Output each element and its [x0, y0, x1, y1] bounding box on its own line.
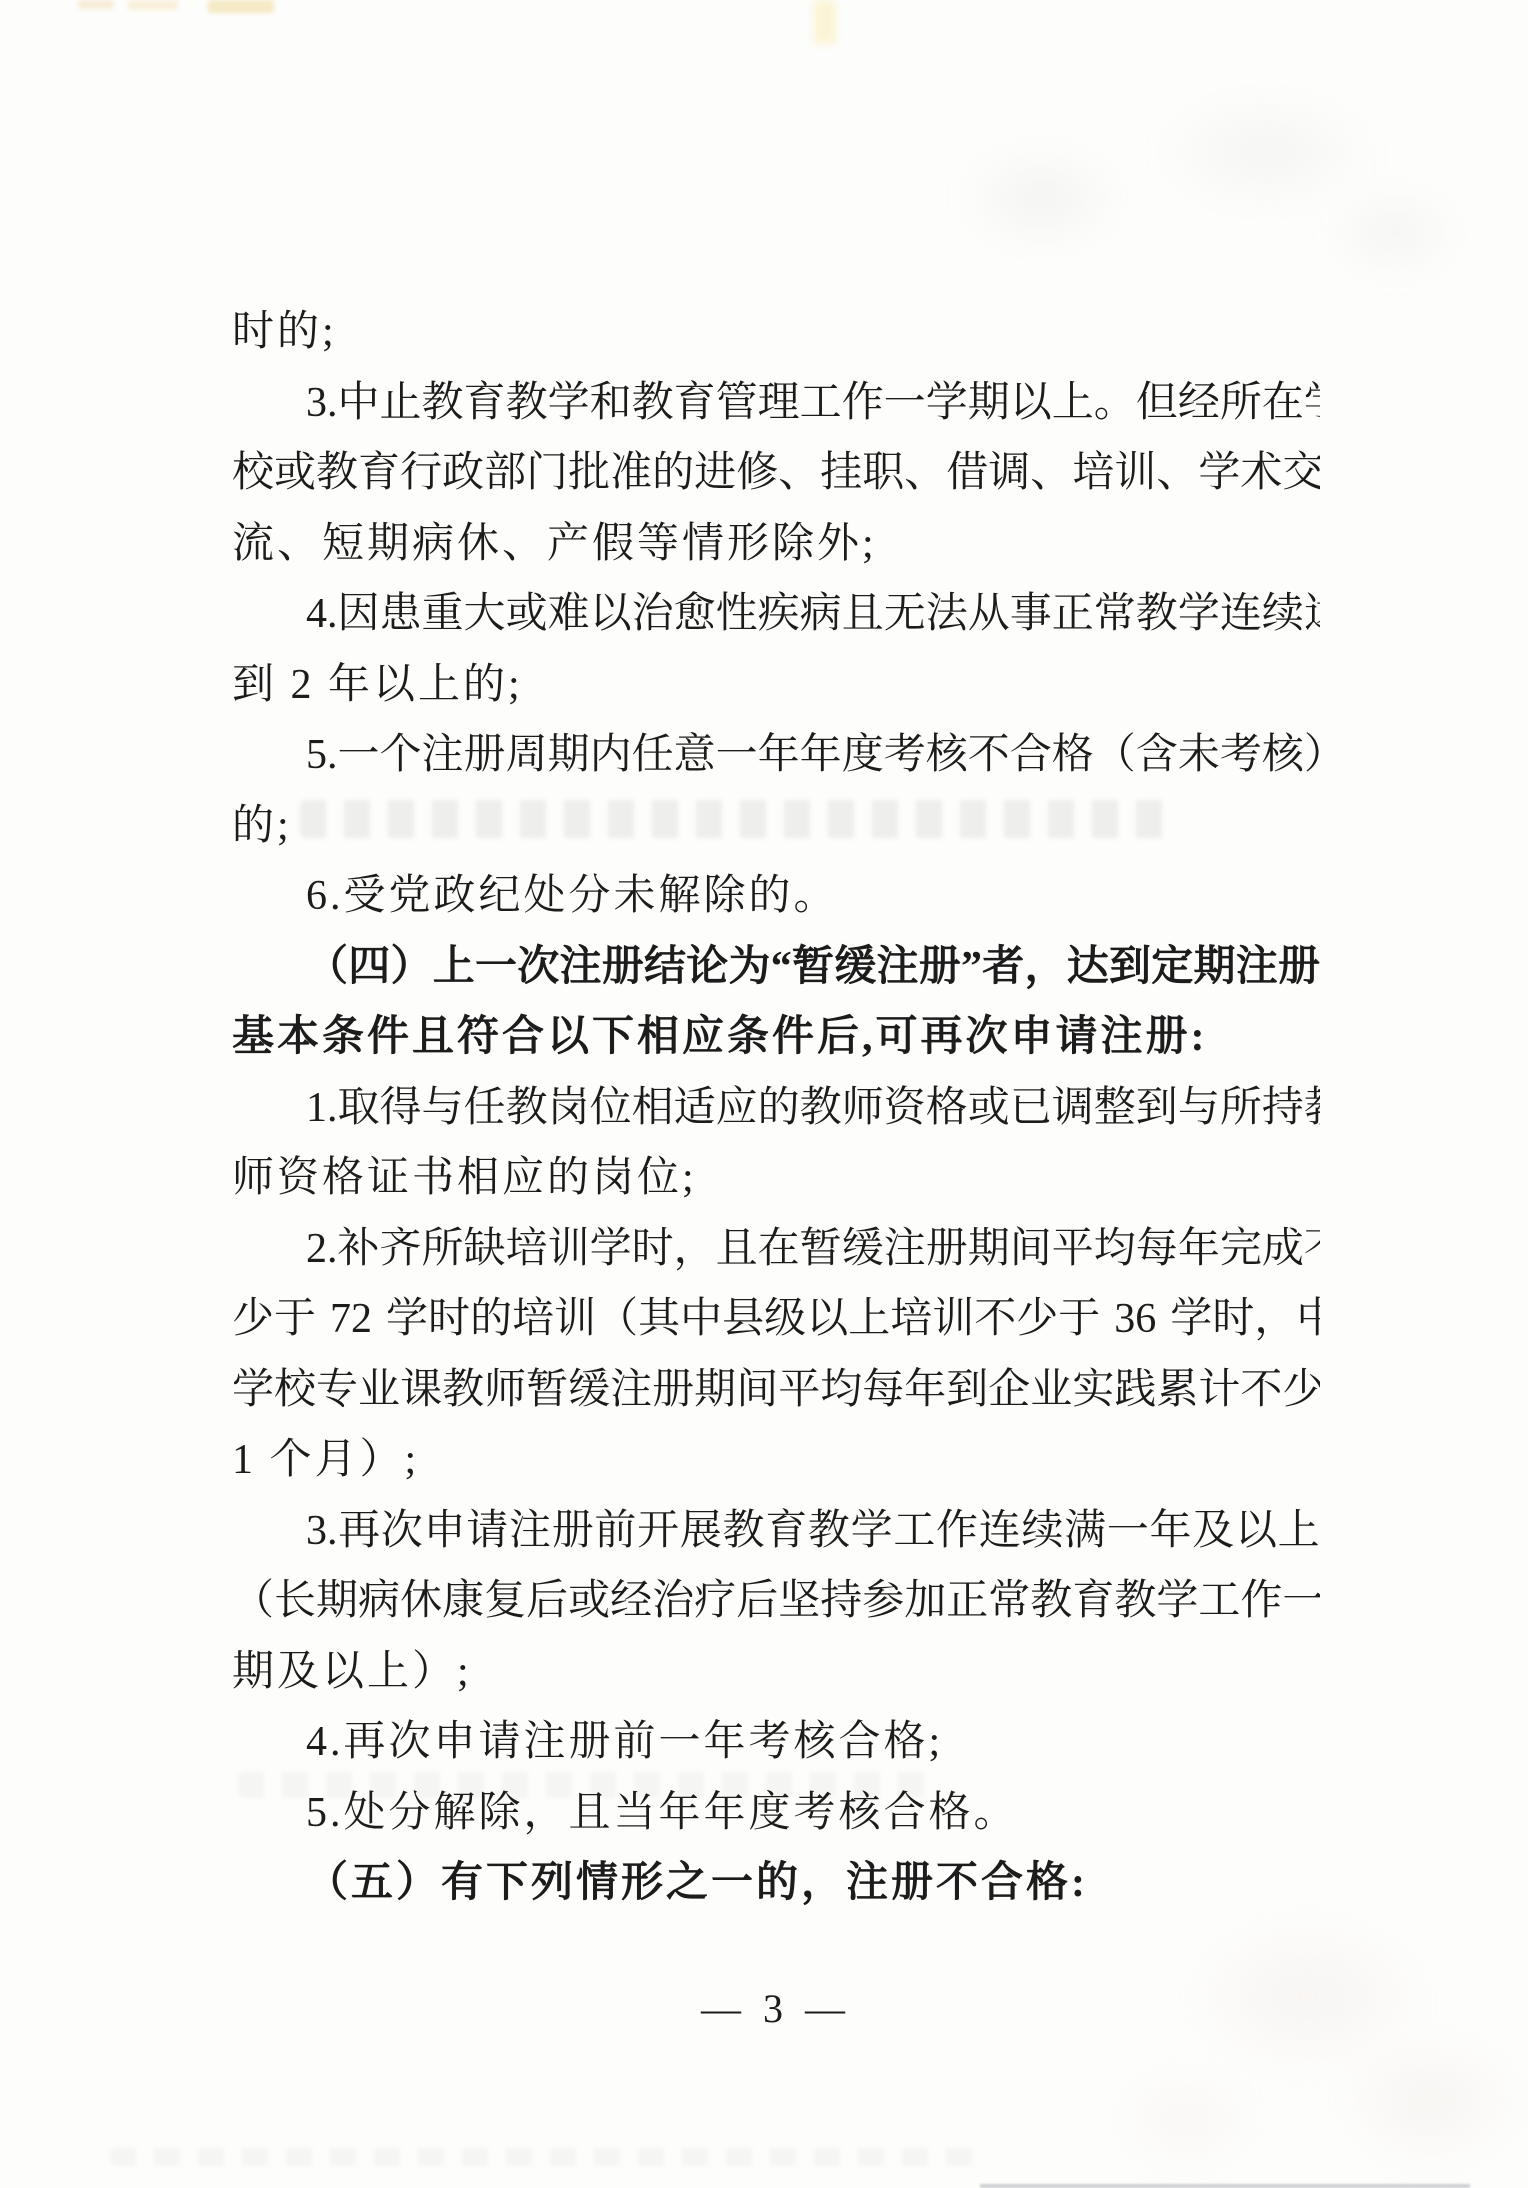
text-token: 者 — [982, 932, 1024, 1003]
text-token: 交 — [1282, 438, 1320, 509]
text-token: 治 — [652, 1566, 694, 1637]
text-token: 工 — [893, 1496, 935, 1567]
text-token: 于 — [274, 1284, 316, 1355]
text-token: 年 — [904, 1355, 946, 1426]
text-token: 且 — [716, 1214, 758, 1285]
text-token: 训 — [548, 1214, 590, 1285]
text-token: 或 — [968, 1073, 1010, 1144]
text-token: 时 — [428, 1284, 470, 1355]
document-body: 时的;3.中止教育教学和教育管理工作一学期以上。但经所在学校或教育行政部门批准的… — [232, 297, 1320, 1919]
text-token: 定 — [1151, 932, 1193, 1003]
text-line: 5.处分解除，且当年年度考核合格。 — [232, 1778, 1320, 1849]
text-token: 行 — [400, 438, 442, 509]
text-token: 和 — [590, 368, 632, 439]
text-token: 工 — [1198, 1566, 1240, 1637]
text-token: 上 — [433, 932, 475, 1003]
text-token: 的 — [758, 1073, 800, 1144]
text-token: 且 — [842, 579, 884, 650]
text-token: 进 — [694, 438, 736, 509]
text-token: 教 — [723, 1496, 765, 1567]
text-token: 以 — [590, 579, 632, 650]
text-token: 72 — [330, 1284, 372, 1355]
text-token: 年 — [1178, 1214, 1220, 1285]
text-token: 工 — [800, 368, 842, 439]
text-token: 适 — [674, 1073, 716, 1144]
text-token: 训 — [932, 1284, 974, 1355]
text-token: 休 — [400, 1566, 442, 1637]
text-token: 应 — [716, 1073, 758, 1144]
text-token: 结 — [644, 932, 686, 1003]
text-token: 不 — [1240, 1355, 1282, 1426]
text-token: 缺 — [464, 1214, 506, 1285]
text-token: 前 — [594, 1496, 636, 1567]
text-token: 县 — [722, 1284, 764, 1355]
text-token: 取 — [338, 1073, 380, 1144]
text-token: 相 — [632, 1073, 674, 1144]
text-token: 位 — [590, 1073, 632, 1144]
text-token: 合 — [1010, 720, 1052, 791]
text-token: 学 — [1198, 438, 1240, 509]
text-token: 培 — [512, 1284, 554, 1355]
text-token: 性 — [716, 579, 758, 650]
text-token: 到 — [1136, 1073, 1178, 1144]
text-token: 续 — [1021, 1496, 1063, 1567]
text-token: 少 — [1282, 1355, 1320, 1426]
text-token: 修 — [736, 438, 778, 509]
text-token: 经 — [610, 1566, 652, 1637]
text-token: ” — [961, 932, 982, 1003]
text-token: 企 — [988, 1355, 1030, 1426]
text-token: 达 — [1304, 579, 1320, 650]
text-token: 2. — [306, 1214, 338, 1285]
text-token: 满 — [1064, 1496, 1106, 1567]
scan-edge — [980, 2184, 1470, 2188]
text-token: 个 — [380, 720, 422, 791]
text-token: 1. — [306, 1073, 338, 1144]
text-line: （四）上一次注册结论为“暂缓注册”者，达到定期注册 — [232, 932, 1320, 1003]
text-token: 借 — [946, 438, 988, 509]
text-token: 或 — [568, 1566, 610, 1637]
text-token: 年 — [1150, 1496, 1192, 1567]
text-token: 教 — [1030, 1566, 1072, 1637]
text-token: 于 — [1058, 1284, 1100, 1355]
text-token: 疗 — [694, 1566, 736, 1637]
text-token: 到 — [1109, 932, 1151, 1003]
text-token: 请 — [466, 1496, 508, 1567]
text-token: 培 — [506, 1214, 548, 1285]
text-token: 从 — [968, 579, 1010, 650]
text-token: 为 — [729, 932, 771, 1003]
text-token: 期 — [548, 720, 590, 791]
text-token: 岗 — [548, 1073, 590, 1144]
text-token: 法 — [926, 579, 968, 650]
text-token: 后 — [526, 1566, 568, 1637]
bleed-through-text — [110, 2148, 980, 2166]
text-token: 校 — [232, 438, 274, 509]
text-token: 常 — [1094, 579, 1136, 650]
text-token: 部 — [484, 438, 526, 509]
text-token: 格 — [1052, 720, 1094, 791]
text-token: 中 — [1296, 1284, 1320, 1355]
text-token: 期 — [968, 1214, 1010, 1285]
text-token: 次 — [381, 1496, 423, 1567]
text-token: 培 — [1072, 438, 1114, 509]
text-token: 注 — [610, 1355, 652, 1426]
text-line: 流、短期病休、产假等情形除外; — [232, 509, 1320, 580]
text-token: 暂 — [526, 1355, 568, 1426]
text-token: 育 — [1072, 1566, 1114, 1637]
text-line: 3.再次申请注册前开展教育教学工作连续满一年及以上 — [232, 1496, 1320, 1567]
text-token: 36 — [1114, 1284, 1156, 1355]
text-token: 病 — [800, 579, 842, 650]
text-token: 连 — [1220, 579, 1262, 650]
text-token: 止 — [380, 368, 422, 439]
text-token: 考 — [1220, 720, 1262, 791]
text-token: 所 — [1220, 368, 1262, 439]
text-token: 核 — [1262, 720, 1304, 791]
text-token: 再 — [338, 1496, 380, 1567]
text-token: 治 — [632, 579, 674, 650]
text-token: 学 — [851, 1496, 893, 1567]
text-token: 教 — [808, 1496, 850, 1567]
text-token: 教 — [442, 1355, 484, 1426]
text-token: 周 — [506, 720, 548, 791]
text-token: 教 — [506, 1073, 548, 1144]
text-token: 教 — [1304, 1073, 1320, 1144]
text-token: 训 — [1114, 438, 1156, 509]
text-token: 、 — [1156, 438, 1198, 509]
text-token: 挂 — [820, 438, 862, 509]
text-token: 平 — [778, 1355, 820, 1426]
text-token: 经 — [1178, 368, 1220, 439]
text-line: （五）有下列情形之一的，注册不合格: — [232, 1848, 1320, 1919]
text-token: 中 — [338, 368, 380, 439]
text-token: ， — [1254, 1284, 1296, 1355]
text-token: 间 — [1010, 1214, 1052, 1285]
text-token: “ — [771, 932, 792, 1003]
scan-smudge — [208, 0, 274, 13]
text-token: 不 — [1304, 1214, 1320, 1285]
text-token: 一 — [884, 368, 926, 439]
text-token: 所 — [1220, 1073, 1262, 1144]
text-token: 缓 — [834, 932, 876, 1003]
text-token: 所 — [422, 1214, 464, 1285]
text-token: 册 — [602, 932, 644, 1003]
text-line: 校或教育行政部门批准的进修、挂职、借调、培训、学术交 — [232, 438, 1320, 509]
text-token: 期 — [316, 1566, 358, 1637]
text-token: 上 — [848, 1284, 890, 1355]
text-token: 职 — [862, 438, 904, 509]
text-token: 少 — [1016, 1284, 1058, 1355]
text-token: 一 — [1282, 1566, 1320, 1637]
text-line: 少于 72 学时的培训（其中县级以上培训不少于 36 学时，中职 — [232, 1284, 1320, 1355]
text-token: 完 — [1220, 1214, 1262, 1285]
text-token: 训 — [554, 1284, 596, 1355]
text-token: 以 — [1235, 1496, 1277, 1567]
text-token: 暂 — [800, 1214, 842, 1285]
text-token: 管 — [716, 368, 758, 439]
text-token: 含 — [1136, 720, 1178, 791]
text-token: 长 — [274, 1566, 316, 1637]
document-page: 时的;3.中止教育教学和教育管理工作一学期以上。但经所在学校或教育行政部门批准的… — [0, 0, 1528, 2188]
text-token: 政 — [442, 438, 484, 509]
text-token: 与 — [422, 1073, 464, 1144]
text-token: 专 — [316, 1355, 358, 1426]
text-token: 任 — [632, 720, 674, 791]
text-token: 注 — [876, 932, 918, 1003]
text-token: 或 — [274, 438, 316, 509]
text-token: 教 — [800, 1073, 842, 1144]
text-token: 上 — [1052, 368, 1094, 439]
text-token: 得 — [380, 1073, 422, 1144]
text-token: 注 — [422, 720, 464, 791]
text-token: 及 — [1192, 1496, 1234, 1567]
text-token: 学 — [590, 1214, 632, 1285]
text-token: 大 — [464, 579, 506, 650]
text-token: 级 — [764, 1284, 806, 1355]
text-token: 事 — [1010, 579, 1052, 650]
text-token: 计 — [1198, 1355, 1240, 1426]
text-line: （长期病休康复后或经治疗后坚持参加正常教育教学工作一学 — [232, 1566, 1320, 1637]
text-token: 作 — [842, 368, 884, 439]
text-token: 课 — [400, 1355, 442, 1426]
text-line: 4.再次申请注册前一年考核合格; — [232, 1707, 1320, 1778]
text-token: 后 — [736, 1566, 778, 1637]
text-token: 缓 — [842, 1214, 884, 1285]
text-token: 。 — [1094, 368, 1136, 439]
text-token: 内 — [590, 720, 632, 791]
text-token: 达 — [1067, 932, 1109, 1003]
text-token: 注 — [509, 1496, 551, 1567]
text-token: 册 — [926, 1214, 968, 1285]
text-token: 暂 — [792, 932, 834, 1003]
text-token: 在 — [758, 1214, 800, 1285]
text-line: 到 2 年以上的; — [232, 650, 1320, 721]
text-token: 育 — [464, 368, 506, 439]
text-token: 践 — [1114, 1355, 1156, 1426]
text-token: 、 — [904, 438, 946, 509]
text-token: 育 — [358, 438, 400, 509]
text-token: 学 — [1156, 1566, 1198, 1637]
text-token: 已 — [1010, 1073, 1052, 1144]
text-token: 愈 — [674, 579, 716, 650]
text-token: 未 — [1178, 720, 1220, 791]
text-token: 度 — [842, 720, 884, 791]
text-token: 期 — [968, 368, 1010, 439]
text-token: 上 — [1278, 1496, 1320, 1567]
text-token: 康 — [442, 1566, 484, 1637]
scan-mottle — [850, 60, 1490, 290]
text-token: 但 — [1136, 368, 1178, 439]
text-token: 中 — [680, 1284, 722, 1355]
text-line: 师资格证书相应的岗位; — [232, 1143, 1320, 1214]
text-token: 册 — [464, 720, 506, 791]
text-token: 、 — [778, 438, 820, 509]
text-token: 校 — [274, 1355, 316, 1426]
text-token: 一 — [716, 720, 758, 791]
text-token: 育 — [674, 368, 716, 439]
text-token: 3. — [306, 1496, 338, 1567]
text-token: ） — [391, 932, 433, 1003]
text-token: 调 — [1052, 1073, 1094, 1144]
text-token: 论 — [686, 932, 728, 1003]
text-token: 任 — [464, 1073, 506, 1144]
text-token: 教 — [1114, 1566, 1156, 1637]
text-token: 均 — [820, 1355, 862, 1426]
text-token: 学 — [926, 368, 968, 439]
text-token: （ — [232, 1566, 274, 1637]
text-token: 育 — [765, 1496, 807, 1567]
text-token: 加 — [904, 1566, 946, 1637]
text-token: 期 — [694, 1355, 736, 1426]
text-token: 缓 — [568, 1355, 610, 1426]
text-token: 均 — [1094, 1214, 1136, 1285]
text-token: 学 — [1170, 1284, 1212, 1355]
text-token: 间 — [736, 1355, 778, 1426]
text-line: 时的; — [232, 297, 1320, 368]
text-token: 5. — [306, 720, 338, 791]
text-token: 平 — [1052, 1214, 1094, 1285]
text-token: 复 — [484, 1566, 526, 1637]
text-token: 成 — [1262, 1214, 1304, 1285]
text-line: 1.取得与任教岗位相适应的教师资格或已调整到与所持教 — [232, 1073, 1320, 1144]
text-token: 开 — [637, 1496, 679, 1567]
text-token: 持 — [820, 1566, 862, 1637]
text-token: 以 — [1010, 368, 1052, 439]
text-token: 学 — [548, 368, 590, 439]
text-token: 每 — [1136, 1214, 1178, 1285]
text-token: 准 — [610, 438, 652, 509]
text-token: 术 — [1240, 438, 1282, 509]
text-token: 整 — [1094, 1073, 1136, 1144]
text-token: 因 — [338, 579, 380, 650]
text-token: 意 — [674, 720, 716, 791]
text-token: 培 — [890, 1284, 932, 1355]
text-token: 展 — [680, 1496, 722, 1567]
text-token: 批 — [568, 438, 610, 509]
text-token: 学 — [386, 1284, 428, 1355]
text-token: 、 — [1030, 438, 1072, 509]
text-token: （ — [596, 1284, 638, 1355]
text-token: 期 — [1193, 932, 1235, 1003]
text-token: 不 — [968, 720, 1010, 791]
text-token: 疾 — [758, 579, 800, 650]
text-token: 考 — [884, 720, 926, 791]
text-token: 学 — [1178, 579, 1220, 650]
text-token: 实 — [1072, 1355, 1114, 1426]
text-token: 一 — [338, 720, 380, 791]
text-token: 正 — [946, 1566, 988, 1637]
text-token: 格 — [926, 1073, 968, 1144]
text-token: 教 — [316, 438, 358, 509]
text-token: 教 — [1136, 579, 1178, 650]
text-token: 教 — [632, 368, 674, 439]
text-token: 册 — [552, 1496, 594, 1567]
text-token: 业 — [358, 1355, 400, 1426]
text-token: ， — [674, 1214, 716, 1285]
text-token: 次 — [517, 932, 559, 1003]
text-token: 补 — [338, 1214, 380, 1285]
text-token: 患 — [380, 579, 422, 650]
text-token: 教 — [422, 368, 464, 439]
text-token: 注 — [560, 932, 602, 1003]
text-token: ， — [1024, 932, 1066, 1003]
text-token: 作 — [1240, 1566, 1282, 1637]
text-token: 重 — [422, 579, 464, 650]
text-token: 作 — [936, 1496, 978, 1567]
text-line: 3.中止教育教学和教育管理工作一学期以上。但经所在学 — [232, 368, 1320, 439]
text-line: 5.一个注册周期内任意一年年度考核不合格（含未考核） — [232, 720, 1320, 791]
text-token: 3. — [306, 368, 338, 439]
text-line: 6.受党政纪处分未解除的。 — [232, 861, 1320, 932]
text-token: 不 — [974, 1284, 1016, 1355]
text-token: 师 — [484, 1355, 526, 1426]
text-token: 师 — [842, 1073, 884, 1144]
scan-smudge — [814, 0, 836, 44]
text-token: 年 — [758, 720, 800, 791]
text-token: ） — [1304, 720, 1320, 791]
text-token: 续 — [1262, 579, 1304, 650]
text-token: 难 — [548, 579, 590, 650]
text-token: 与 — [1178, 1073, 1220, 1144]
text-token: 业 — [1030, 1355, 1072, 1426]
text-token: 或 — [506, 579, 548, 650]
text-line: 基本条件且符合以下相应条件后,可再次申请注册: — [232, 1002, 1320, 1073]
text-token: 常 — [988, 1566, 1030, 1637]
text-line: 的; — [232, 791, 1320, 862]
text-token: 参 — [862, 1566, 904, 1637]
text-token: 少 — [232, 1284, 274, 1355]
text-token: 教 — [506, 368, 548, 439]
text-token: 病 — [358, 1566, 400, 1637]
scan-smudge — [78, 0, 114, 9]
text-token: 册 — [1278, 932, 1320, 1003]
text-token: 在 — [1262, 368, 1304, 439]
text-token: 四 — [348, 932, 390, 1003]
text-line: 学校专业课教师暂缓注册期间平均每年到企业实践累计不少于 — [232, 1355, 1320, 1426]
text-token: 坚 — [778, 1566, 820, 1637]
text-token: 累 — [1156, 1355, 1198, 1426]
text-token: 齐 — [380, 1214, 422, 1285]
text-token: 以 — [806, 1284, 848, 1355]
text-token: 核 — [926, 720, 968, 791]
text-line: 2.补齐所缺培训学时，且在暂缓注册期间平均每年完成不 — [232, 1214, 1320, 1285]
text-token: 其 — [638, 1284, 680, 1355]
text-token: 门 — [526, 438, 568, 509]
text-token: 资 — [884, 1073, 926, 1144]
text-token: 注 — [1236, 932, 1278, 1003]
text-token: 调 — [988, 438, 1030, 509]
text-token: 年 — [800, 720, 842, 791]
text-token: 申 — [424, 1496, 466, 1567]
text-token: 注 — [884, 1214, 926, 1285]
text-line: 期及以上）; — [232, 1637, 1320, 1708]
text-token: 4. — [306, 579, 338, 650]
text-token: （ — [306, 932, 348, 1003]
text-token: 学 — [232, 1355, 274, 1426]
text-line: 4.因患重大或难以治愈性疾病且无法从事正常教学连续达 — [232, 579, 1320, 650]
text-token: 册 — [919, 932, 961, 1003]
text-token: 连 — [979, 1496, 1021, 1567]
text-token: 一 — [475, 932, 517, 1003]
text-token: 一 — [1107, 1496, 1149, 1567]
text-token: 的 — [470, 1284, 512, 1355]
text-line: 1 个月）; — [232, 1425, 1320, 1496]
page-number: — 3 — — [232, 1985, 1320, 2032]
scan-smudge — [128, 0, 178, 10]
text-token: 册 — [652, 1355, 694, 1426]
text-token: 正 — [1052, 579, 1094, 650]
